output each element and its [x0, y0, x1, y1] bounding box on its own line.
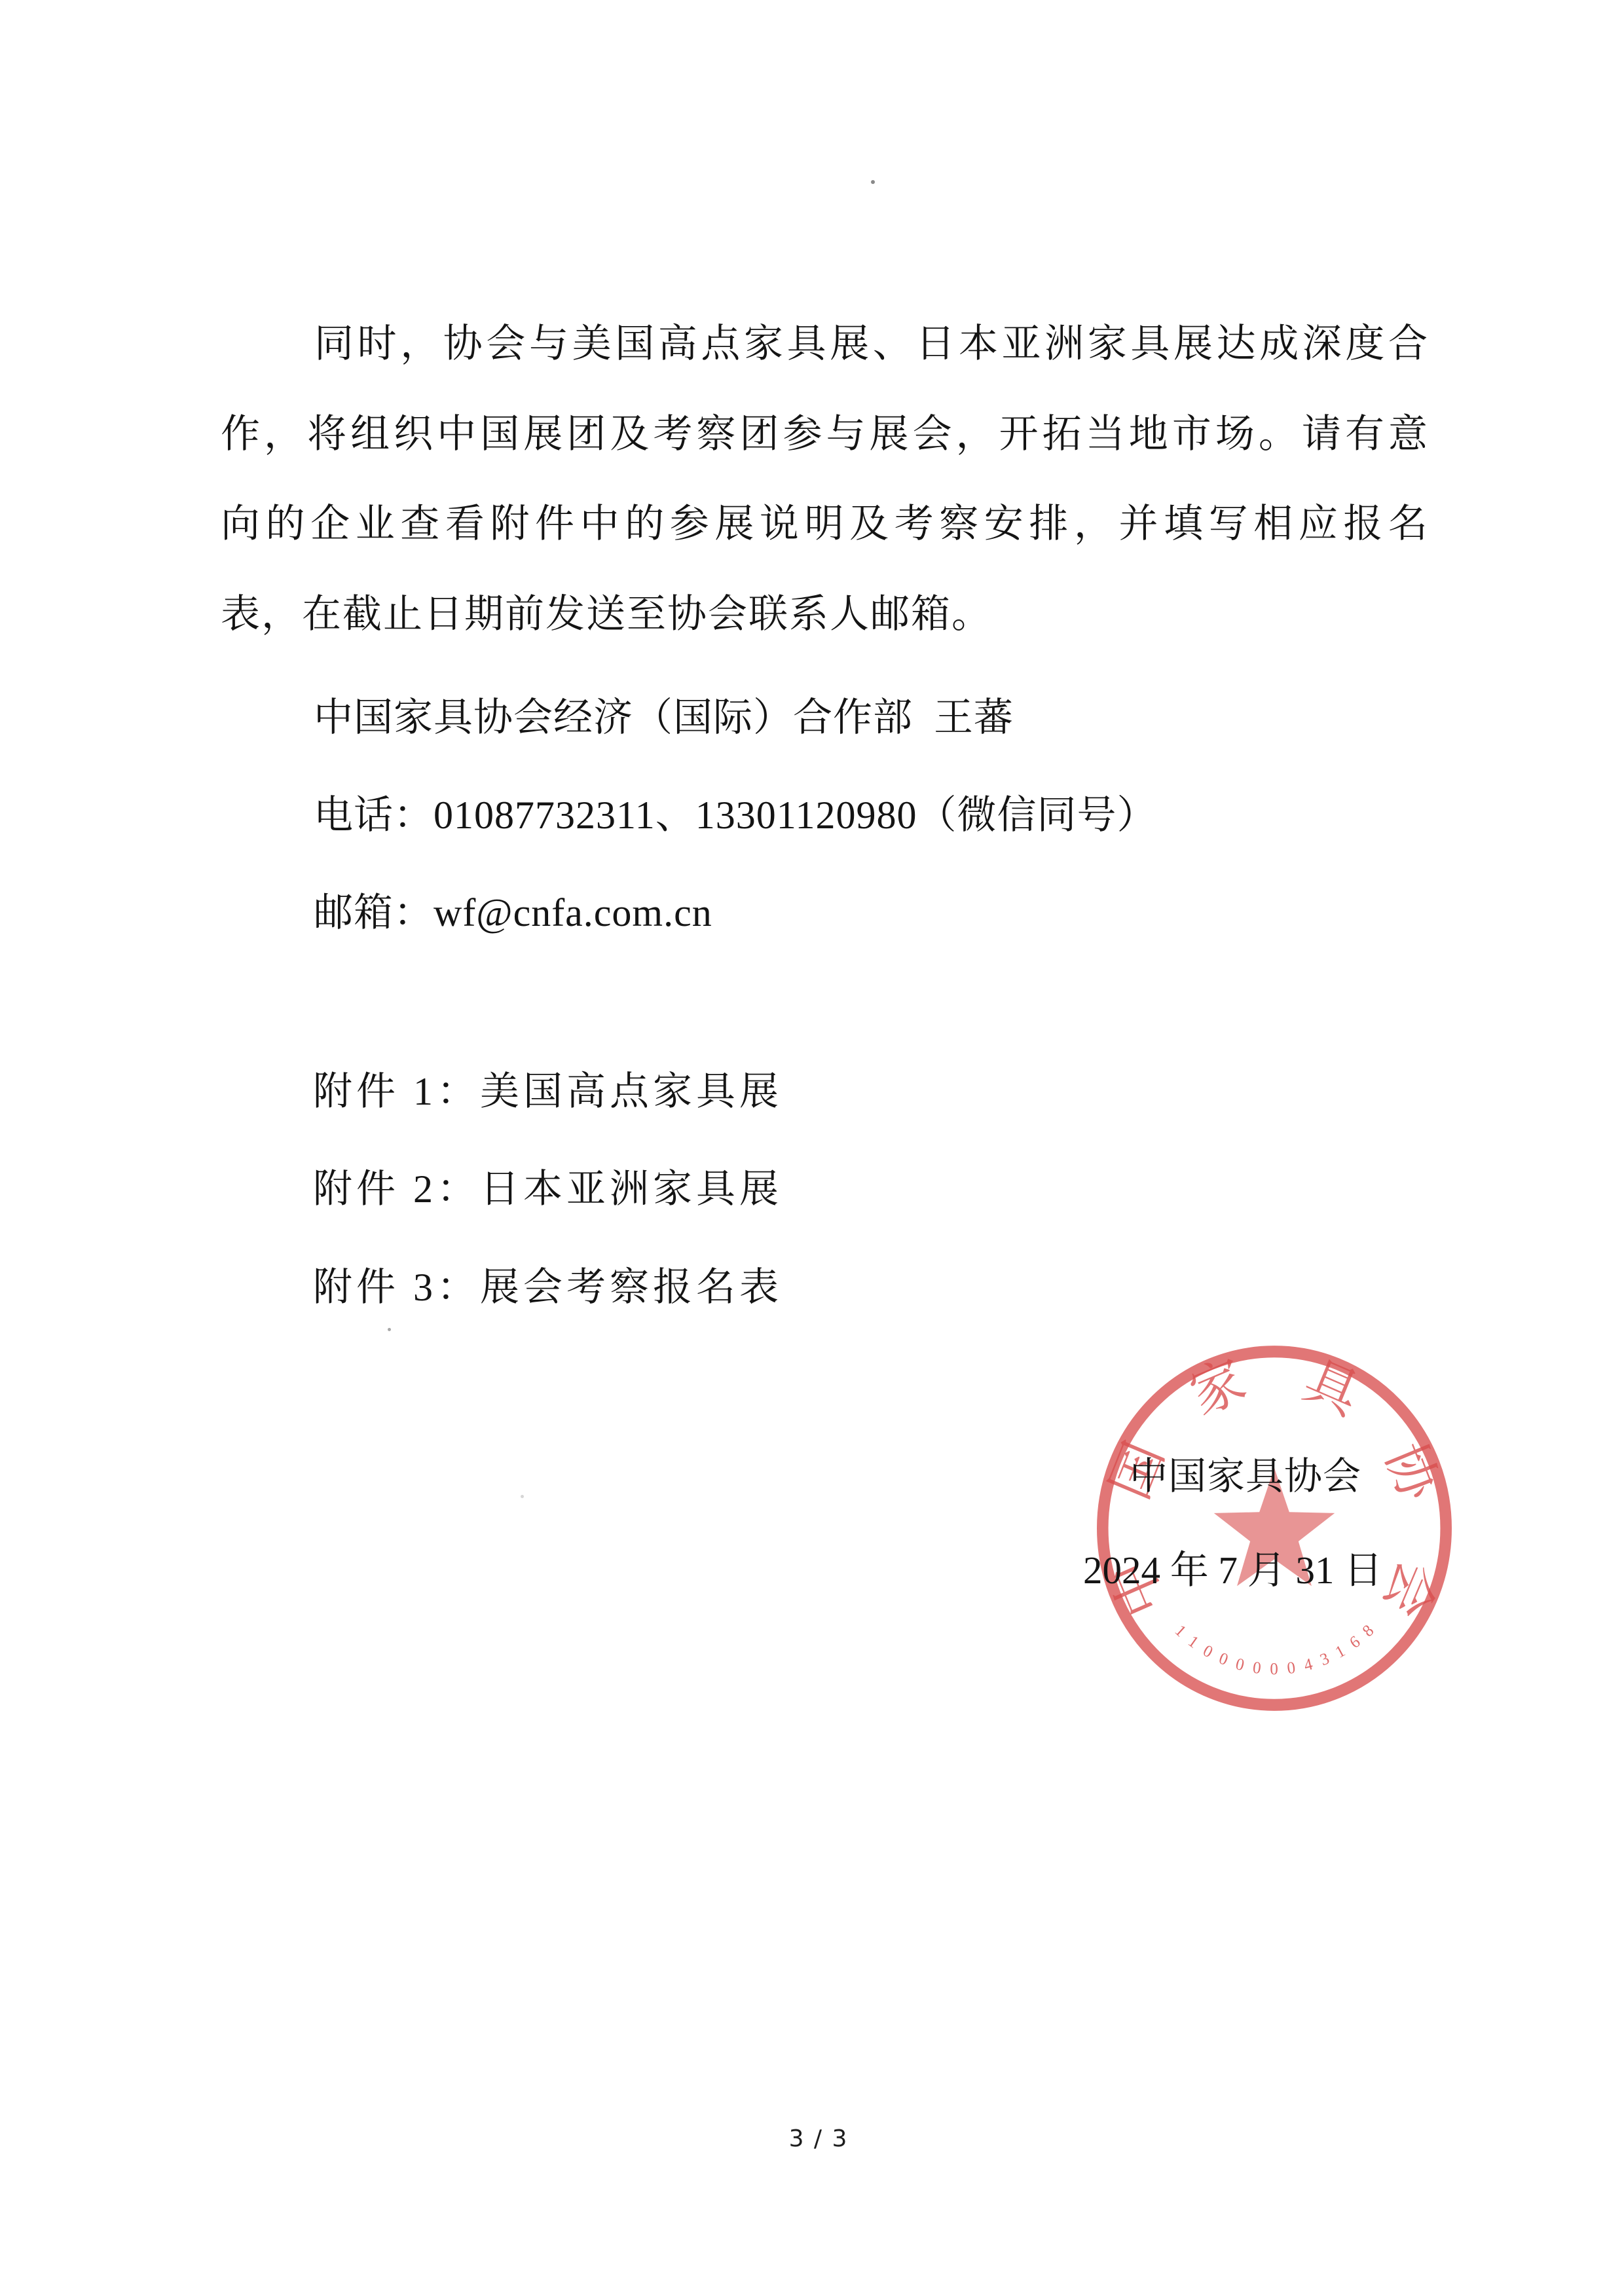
scan-speck — [871, 180, 875, 184]
signature-date: 2024 年 7 月 31 日 — [1083, 1539, 1382, 1594]
paragraph-line: 表，在截止日期前发送至协会联系人邮箱。 — [221, 593, 1428, 636]
attachment-item: 附件 2：日本亚洲家具展 — [313, 1167, 783, 1211]
paragraph-line: 向的企业查看附件中的参展说明及考察安排，并填写相应报名 — [221, 502, 1428, 545]
attachment-item: 附件 3：展会考察报名表 — [313, 1266, 783, 1309]
document-page: 同时，协会与美国高点家具展、日本亚洲家具展达成深度合 作，将组织中国展团及考察团… — [0, 0, 1624, 2295]
attachment-item: 附件 1：美国高点家具展 — [313, 1070, 783, 1113]
contact-department-line: 中国家具协会经济（国际）合作部 王蕃 — [314, 696, 1014, 739]
signature-organization: 中国家具协会 — [1130, 1445, 1361, 1500]
paragraph-line: 同时，协会与美国高点家具展、日本亚洲家具展达成深度合 — [221, 322, 1428, 365]
contact-phone-line: 电话：01087732311、13301120980（微信同号） — [314, 794, 1157, 837]
scan-speck — [388, 1328, 391, 1331]
scan-speck — [521, 1495, 524, 1498]
official-seal-stamp: 中国家具协会 1100000043168 — [1093, 1342, 1456, 1715]
contact-email-line: 邮箱：wf@cnfa.com.cn — [314, 891, 712, 934]
paragraph-line: 作，将组织中国展团及考察团参与展会，开拓当地市场。请有意 — [221, 413, 1428, 456]
page-number: 3 / 3 — [7, 2125, 1624, 2152]
seal-serial-number: 1100000043168 — [1172, 1621, 1378, 1679]
